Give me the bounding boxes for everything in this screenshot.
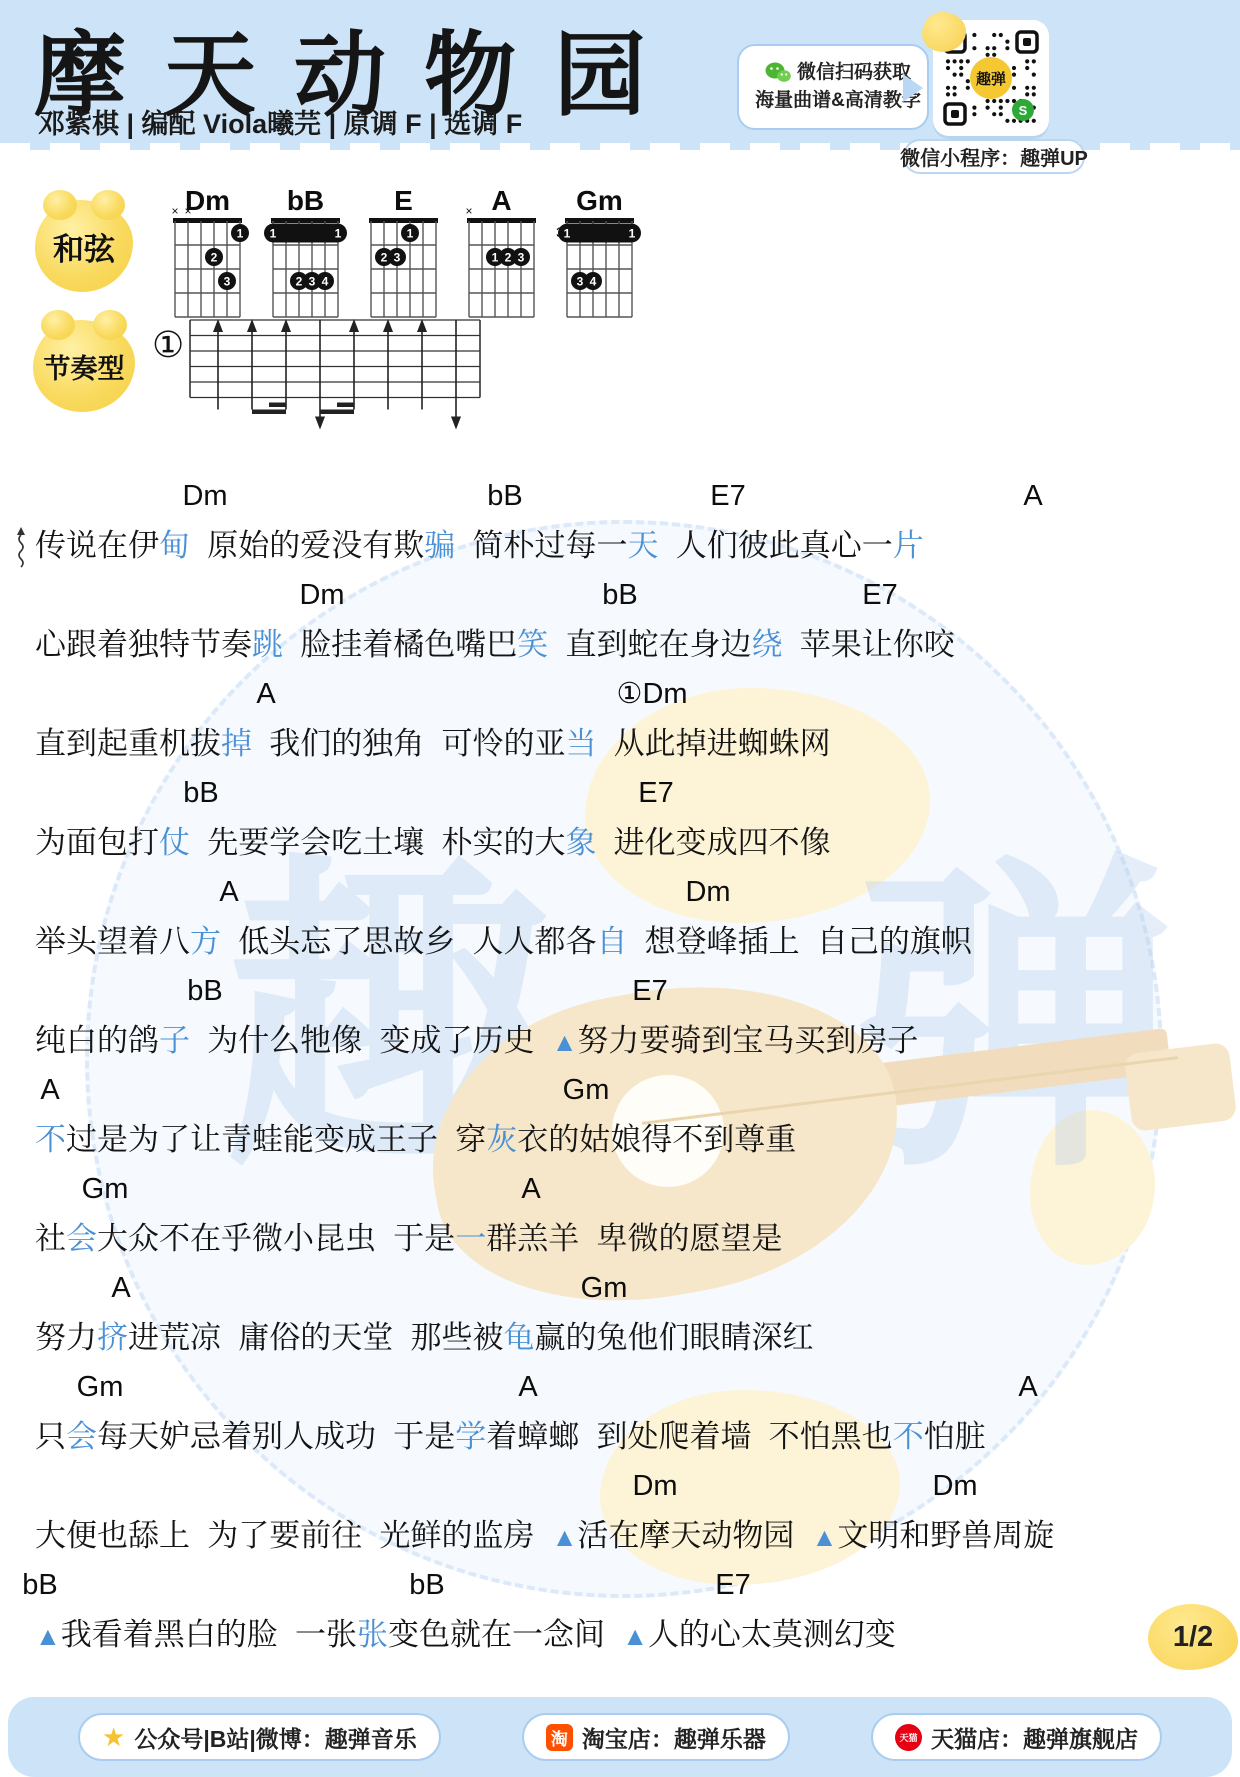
chord-label: A [256, 670, 275, 718]
chord-label: Gm [563, 1066, 610, 1114]
svg-text:2: 2 [381, 251, 388, 265]
sheet-line: bBE7为面包打仗 先要学会吃土壤 朴实的大象 进化变成四不像 [0, 769, 1240, 868]
lyric-highlight: 当 [565, 726, 596, 761]
wechat-scan-box[interactable]: 微信扫码获取 海量曲谱&高清教学 [737, 44, 929, 130]
lyric-segment: 从此掉进蜘蛛网 [596, 726, 830, 761]
svg-text:4: 4 [590, 275, 597, 289]
chord-label: bB [487, 472, 522, 520]
svg-text:3: 3 [224, 275, 231, 289]
lyric-segment: 原始的爱没有欺 [190, 528, 424, 563]
svg-text:3: 3 [309, 275, 316, 289]
chord-row: ADm [0, 868, 1240, 916]
chord-label: E7 [710, 472, 745, 520]
miniprogram-badge[interactable]: 微信小程序：趣弹UP [903, 139, 1085, 174]
svg-text:A: A [491, 186, 511, 216]
rhythm-pattern: ① [152, 312, 488, 432]
svg-text:4: 4 [322, 275, 329, 289]
lyric-highlight: 学 [455, 1419, 486, 1454]
svg-text:1: 1 [629, 227, 636, 241]
arpeggio-mark [15, 527, 27, 569]
lyric-segment: 努力要骑到宝马买到房子 [577, 1023, 918, 1058]
svg-text:3: 3 [518, 251, 525, 265]
sheet-line: DmbBE7A传说在伊甸 原始的爱没有欺骗 简朴过每一天 人们彼此真心一片 [0, 472, 1240, 571]
footer-social-text: 公众号|B站|微博：趣弹音乐 [134, 1721, 416, 1754]
lyric-segment: 进荒凉 庸俗的天堂 那些被 [128, 1320, 503, 1355]
footer-tmall-pill[interactable]: 天猫 天猫店：趣弹旗舰店 [871, 1713, 1162, 1761]
svg-text:2: 2 [296, 275, 303, 289]
chord-label: Gm [77, 1363, 124, 1411]
lyric-highlight: 张 [357, 1617, 388, 1652]
svg-text:1: 1 [270, 227, 277, 241]
chord-label: bB [22, 1561, 57, 1609]
chord-label: E7 [638, 769, 673, 817]
lyric-segment: 低头忘了思故乡 人人都各 [221, 924, 596, 959]
lyric-line: 社会大众不在乎微小昆虫 于是一群羔羊 卑微的愿望是 [0, 1213, 1240, 1264]
chord-label: bB [409, 1561, 444, 1609]
page-subtitle: 邓紫棋 | 编配 Viola曦芫 | 原调 F | 选调 F [38, 102, 522, 141]
sheet-line: GmAA只会每天妒忌着别人成功 于是学着蟑螂 到处爬着墙 不怕黑也不怕脏 [0, 1363, 1240, 1462]
svg-text:1: 1 [335, 227, 342, 241]
lyric-segment: 赢的兔他们眼睛深红 [534, 1320, 813, 1355]
lyric-highlight: 仗 [159, 825, 190, 860]
lyric-line: 直到起重机拔掉 我们的独角 可怜的亚当 从此掉进蜘蛛网 [0, 718, 1240, 769]
chord-label: A [521, 1165, 540, 1213]
chord-diagrams: Dm××123bB11234E123A×123Gm31134 [160, 186, 648, 320]
lyric-line: 努力挤进荒凉 庸俗的天堂 那些被龟赢的兔他们眼睛深红 [0, 1312, 1240, 1363]
lyric-highlight: 会 [66, 1419, 97, 1454]
svg-text:Gm: Gm [576, 186, 623, 216]
svg-text:E: E [394, 186, 413, 216]
footer-social-pill[interactable]: ★ 公众号|B站|微博：趣弹音乐 [78, 1713, 441, 1761]
svg-text:2: 2 [505, 251, 512, 265]
chord-label: Dm [182, 472, 227, 520]
chord-row: AGm [0, 1264, 1240, 1312]
lyric-segment: 大便也舔上 为了要前往 光鲜的监房 [35, 1518, 552, 1553]
lyric-highlight: 甸 [159, 528, 190, 563]
chord-label: Gm [581, 1264, 628, 1312]
lyric-segment: 举头望着八 [35, 924, 190, 959]
lyric-segment: 变色就在一念间 [388, 1617, 622, 1652]
sheet-line: AGm努力挤进荒凉 庸俗的天堂 那些被龟赢的兔他们眼睛深红 [0, 1264, 1240, 1363]
sheet-line: bBE7纯白的鸽子 为什么牠像 变成了历史 ▲努力要骑到宝马买到房子 [0, 967, 1240, 1066]
lyric-highlight: 不 [35, 1122, 66, 1157]
chord-label: Dm [632, 1462, 677, 1510]
lyric-segment: 怕脏 [924, 1419, 986, 1454]
lyric-line: 大便也舔上 为了要前往 光鲜的监房 ▲活在摩天动物园 ▲文明和野兽周旋 [0, 1510, 1240, 1561]
lyric-highlight: 一 [455, 1221, 486, 1256]
svg-text:×: × [465, 204, 472, 218]
footer-tmall-text: 天猫店：趣弹旗舰店 [931, 1721, 1138, 1754]
tmall-icon: 天猫 [895, 1724, 922, 1751]
triangle-marker: ▲ [552, 1522, 578, 1552]
lyric-highlight: 子 [159, 1023, 190, 1058]
svg-text:1: 1 [564, 227, 571, 241]
footer-taobao-text: 淘宝店：趣弹乐器 [582, 1721, 766, 1754]
chord-row: AGm [0, 1066, 1240, 1114]
lyric-highlight: 灰 [486, 1122, 517, 1157]
chord-label: A [40, 1066, 59, 1114]
lyric-highlight: 挤 [97, 1320, 128, 1355]
svg-text:1: 1 [407, 227, 414, 241]
lyric-highlight: 片 [893, 528, 924, 563]
svg-text:3: 3 [577, 275, 584, 289]
chord-label: Gm [82, 1165, 129, 1213]
lyric-highlight: 掉 [221, 726, 252, 761]
lyric-segment: 每天妒忌着别人成功 于是 [97, 1419, 455, 1454]
lyric-segment: 我看着黑白的脸 一张 [61, 1617, 357, 1652]
chord-label: bB [602, 571, 637, 619]
lyric-highlight: 自 [596, 924, 627, 959]
footer-bar: ★ 公众号|B站|微博：趣弹音乐 淘 淘宝店：趣弹乐器 天猫 天猫店：趣弹旗舰店 [8, 1697, 1232, 1777]
lyric-highlight: 跳 [252, 627, 283, 662]
lyric-segment: 文明和野兽周旋 [837, 1518, 1054, 1553]
triangle-marker: ▲ [552, 1027, 578, 1057]
chord-label: E7 [862, 571, 897, 619]
svg-text:×: × [171, 204, 178, 218]
lyric-line: 传说在伊甸 原始的爱没有欺骗 简朴过每一天 人们彼此真心一片 [0, 520, 1240, 571]
lyric-segment: 活在摩天动物园 [577, 1518, 811, 1553]
chord-label: E7 [715, 1561, 750, 1609]
lyric-segment: 想登峰插上 自己的旗帜 [627, 924, 971, 959]
lyric-segment: 过是为了让青蛙能变成王子 穿 [66, 1122, 486, 1157]
lyric-segment: 直到起重机拔 [35, 726, 221, 761]
chord-label: A [1023, 472, 1042, 520]
chord-row: DmbBE7A [0, 472, 1240, 520]
lyric-line: 心跟着独特节奏跳 脸挂着橘色嘴巴笑 直到蛇在身边绕 苹果让你咬 [0, 619, 1240, 670]
lyric-segment: 为面包打 [35, 825, 159, 860]
lyric-highlight: 天 [627, 528, 658, 563]
lyric-segment: 社 [35, 1221, 66, 1256]
svg-text:S: S [1019, 103, 1028, 118]
chord-row: bBE7 [0, 967, 1240, 1015]
chord-row: DmbBE7 [0, 571, 1240, 619]
taobao-icon: 淘 [546, 1724, 573, 1751]
lyric-segment: 只 [35, 1419, 66, 1454]
svg-text:3: 3 [394, 251, 401, 265]
chord-row: bBE7 [0, 769, 1240, 817]
lyric-highlight: 龟 [503, 1320, 534, 1355]
chord-diagram-Dm: Dm××123 [160, 186, 256, 320]
sheet-line: bBbBE7▲我看着黑白的脸 一张张变色就在一念间 ▲人的心太莫测幻变 [0, 1561, 1240, 1660]
lyric-line: 不过是为了让青蛙能变成王子 穿灰衣的姑娘得不到尊重 [0, 1114, 1240, 1165]
triangle-marker: ▲ [35, 1621, 61, 1651]
sheet-page: 趣 弹 摩天动物园 邓紫棋 | 编配 Viola曦芫 | 原调 F | 选调 F… [0, 0, 1240, 1777]
lyric-highlight: 绕 [751, 627, 782, 662]
chord-label: A [219, 868, 238, 916]
triangle-marker: ▲ [812, 1522, 838, 1552]
lyric-highlight: 象 [565, 825, 596, 860]
lyric-segment: 传说在伊 [35, 528, 159, 563]
chord-diagram-bB: bB11234 [258, 186, 354, 320]
sheet-line: GmA社会大众不在乎微小昆虫 于是一群羔羊 卑微的愿望是 [0, 1165, 1240, 1264]
lyric-segment: 直到蛇在身边 [548, 627, 751, 662]
lyric-line: 纯白的鸽子 为什么牠像 变成了历史 ▲努力要骑到宝马买到房子 [0, 1015, 1240, 1066]
chord-label: ①Dm [616, 670, 687, 718]
lyric-segment: 群羔羊 卑微的愿望是 [486, 1221, 782, 1256]
lyric-highlight: 不 [893, 1419, 924, 1454]
chord-label: Dm [932, 1462, 977, 1510]
sheet-line: ADm举头望着八方 低头忘了思故乡 人人都各自 想登峰插上 自己的旗帜 [0, 868, 1240, 967]
lyric-segment: 着蟑螂 到处爬着墙 不怕黑也 [486, 1419, 892, 1454]
lyric-sheet: DmbBE7A传说在伊甸 原始的爱没有欺骗 简朴过每一天 人们彼此真心一片Dmb… [0, 472, 1240, 1660]
lyric-highlight: 骗 [424, 528, 455, 563]
chord-label: bB [183, 769, 218, 817]
chords-section-label: 和弦 [35, 200, 133, 292]
lyric-segment: 人们彼此真心一 [658, 528, 892, 563]
lyric-segment: 努力 [35, 1320, 97, 1355]
wechat-icon [765, 62, 791, 84]
rhythm-pattern-number: ① [152, 324, 184, 366]
lyric-highlight: 笑 [517, 627, 548, 662]
lyric-highlight: 会 [66, 1221, 97, 1256]
svg-text:1: 1 [492, 251, 499, 265]
lyric-segment: 心跟着独特节奏 [35, 627, 252, 662]
footer-taobao-pill[interactable]: 淘 淘宝店：趣弹乐器 [522, 1713, 790, 1761]
svg-text:2: 2 [211, 251, 218, 265]
lyric-line: 为面包打仗 先要学会吃土壤 朴实的大象 进化变成四不像 [0, 817, 1240, 868]
sheet-line: DmbBE7心跟着独特节奏跳 脸挂着橘色嘴巴笑 直到蛇在身边绕 苹果让你咬 [0, 571, 1240, 670]
chord-row: GmAA [0, 1363, 1240, 1411]
lyric-segment: 纯白的鸽 [35, 1023, 159, 1058]
svg-text:趣弹: 趣弹 [976, 70, 1006, 88]
lyric-segment: 大众不在乎微小昆虫 于是 [97, 1221, 455, 1256]
lyric-segment: 人的心太莫测幻变 [648, 1617, 896, 1652]
chord-diagram-Gm: Gm31134 [552, 186, 648, 320]
chord-row: A①Dm [0, 670, 1240, 718]
chord-label: A [518, 1363, 537, 1411]
chord-diagram-E: E123 [356, 186, 452, 320]
svg-text:×: × [184, 204, 191, 218]
lyric-segment: 苹果让你咬 [782, 627, 954, 662]
sheet-line: A①Dm直到起重机拔掉 我们的独角 可怜的亚当 从此掉进蜘蛛网 [0, 670, 1240, 769]
lyric-segment: 为什么牠像 变成了历史 [190, 1023, 552, 1058]
chord-row: DmDm [0, 1462, 1240, 1510]
rhythm-staff [188, 312, 488, 432]
lyric-highlight: 方 [190, 924, 221, 959]
svg-text:bB: bB [287, 186, 324, 216]
chord-label: A [111, 1264, 130, 1312]
lyric-line: 只会每天妒忌着别人成功 于是学着蟑螂 到处爬着墙 不怕黑也不怕脏 [0, 1411, 1240, 1462]
lyric-line: ▲我看着黑白的脸 一张张变色就在一念间 ▲人的心太莫测幻变 [0, 1609, 1240, 1660]
lyric-segment: 我们的独角 可怜的亚 [252, 726, 565, 761]
sheet-line: DmDm大便也舔上 为了要前往 光鲜的监房 ▲活在摩天动物园 ▲文明和野兽周旋 [0, 1462, 1240, 1561]
chord-diagram-A: A×123 [454, 186, 550, 320]
triangle-marker: ▲ [622, 1621, 648, 1651]
lyric-segment: 衣的姑娘得不到尊重 [517, 1122, 796, 1157]
lyric-segment: 简朴过每一 [455, 528, 627, 563]
chord-row: bBbBE7 [0, 1561, 1240, 1609]
rhythm-section-label: 节奏型 [33, 320, 135, 412]
chord-label: E7 [632, 967, 667, 1015]
star-icon: ★ [102, 1722, 125, 1753]
scan-text-line1: 微信扫码获取 [797, 59, 911, 88]
svg-text:Dm: Dm [185, 186, 230, 216]
lyric-segment: 先要学会吃土壤 朴实的大 [190, 825, 565, 860]
chord-label: Dm [299, 571, 344, 619]
chord-label: Dm [685, 868, 730, 916]
sheet-line: AGm不过是为了让青蛙能变成王子 穿灰衣的姑娘得不到尊重 [0, 1066, 1240, 1165]
chord-label: A [1018, 1363, 1037, 1411]
chord-row: GmA [0, 1165, 1240, 1213]
scan-text-line2: 海量曲谱&高清教学 [755, 87, 921, 116]
scan-arrow-icon [903, 74, 923, 102]
lyric-line: 举头望着八方 低头忘了思故乡 人人都各自 想登峰插上 自己的旗帜 [0, 916, 1240, 967]
chord-label: bB [187, 967, 222, 1015]
lyric-segment: 进化变成四不像 [596, 825, 830, 860]
svg-text:1: 1 [237, 227, 244, 241]
lyric-segment: 脸挂着橘色嘴巴 [283, 627, 517, 662]
